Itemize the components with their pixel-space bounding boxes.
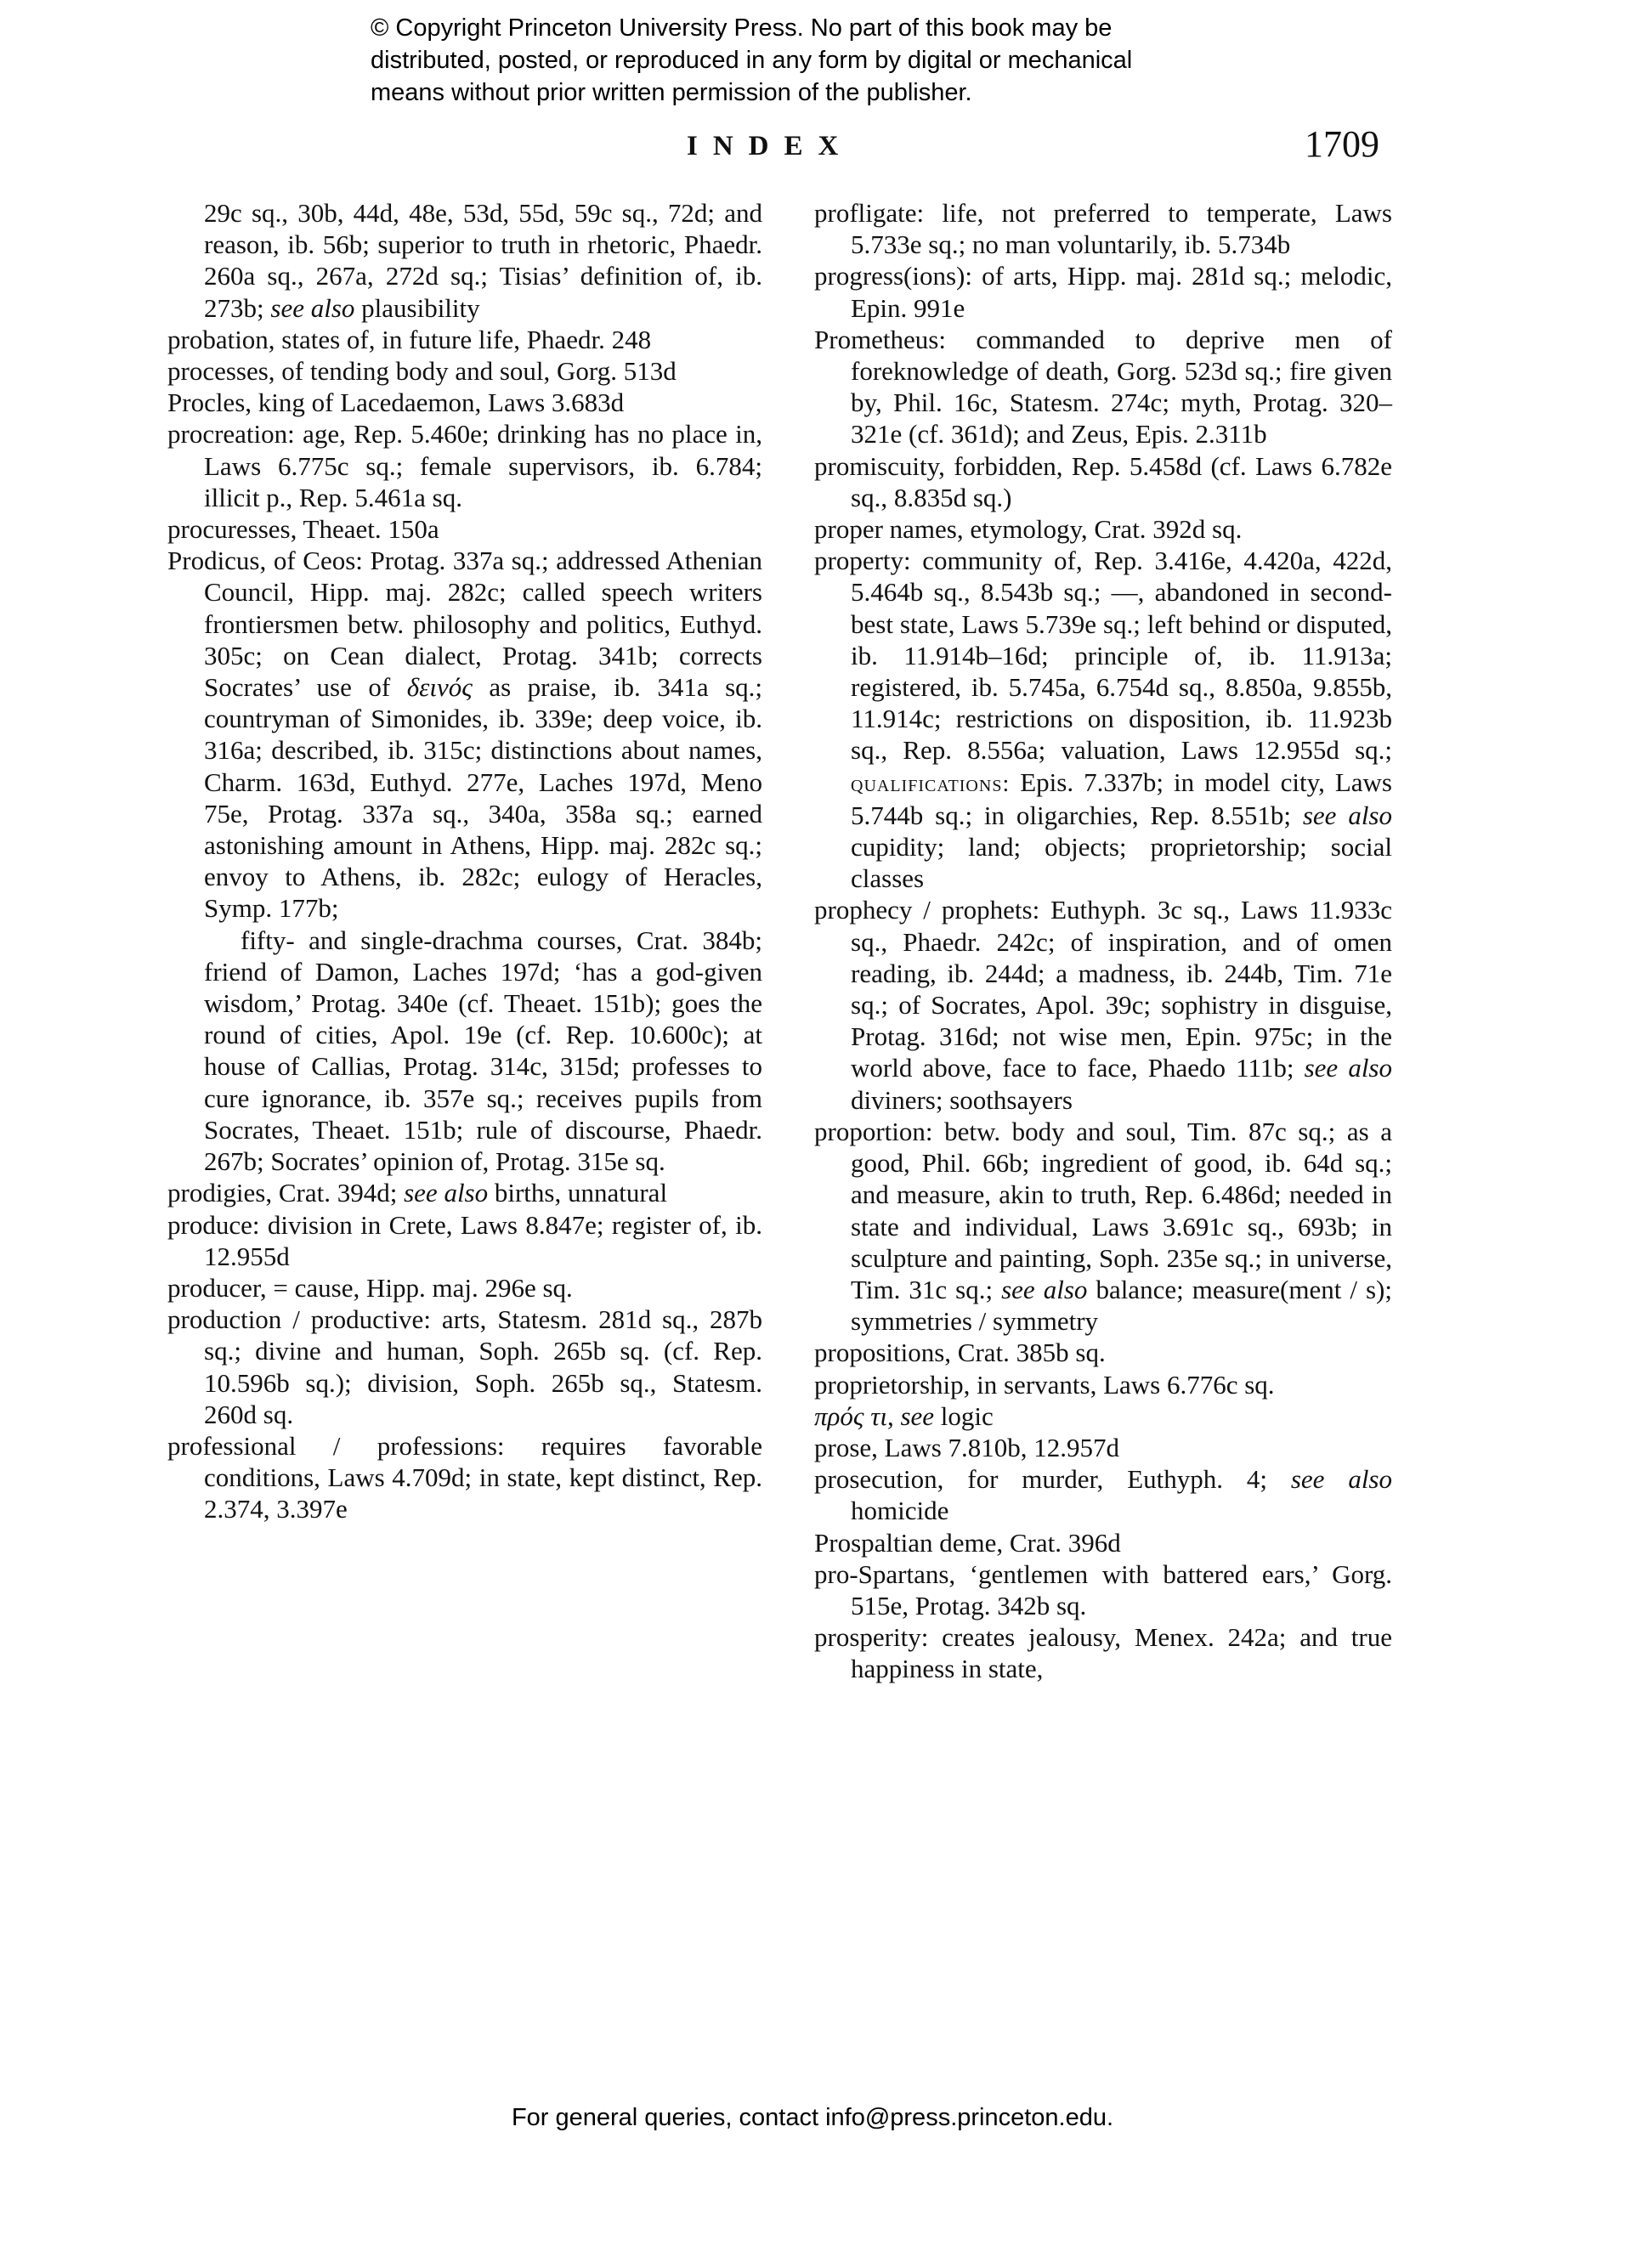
- greek-term: πρός τι: [814, 1401, 887, 1431]
- index-entry-subpara: fifty- and single-drachma courses, Crat.…: [167, 925, 762, 1178]
- index-entry: profligate: life, not preferred to tempe…: [814, 197, 1392, 260]
- greek-term: δεινός: [407, 672, 473, 702]
- entry-text: logic: [934, 1401, 994, 1431]
- cross-reference-label: see also: [1305, 1053, 1392, 1083]
- entry-text: ,: [887, 1401, 901, 1431]
- copyright-notice: © Copyright Princeton University Press. …: [371, 12, 1220, 109]
- index-column-right: profligate: life, not preferred to tempe…: [814, 197, 1392, 1685]
- index-entry: promiscuity, forbidden, Rep. 5.458d (cf.…: [814, 450, 1392, 513]
- index-entry: Prometheus: commanded to deprive men of …: [814, 324, 1392, 450]
- index-entry: prophecy / prophets: Euthyph. 3c sq., La…: [814, 894, 1392, 1115]
- index-entry: progress(ions): of arts, Hipp. maj. 281d…: [814, 260, 1392, 323]
- entry-text: probation, states of, in future life, Ph…: [167, 325, 651, 354]
- entry-text: proprietorship, in servants, Laws 6.776c…: [814, 1370, 1275, 1400]
- cross-reference-label: see: [900, 1401, 934, 1431]
- index-entry: proportion: betw. body and soul, Tim. 87…: [814, 1116, 1392, 1337]
- index-entry: Procles, king of Lacedaemon, Laws 3.683d: [167, 387, 762, 418]
- index-entry: probation, states of, in future life, Ph…: [167, 324, 762, 355]
- index-entry: producer, = cause, Hipp. maj. 296e sq.: [167, 1272, 762, 1304]
- entry-text: prodigies, Crat. 394d;: [167, 1178, 404, 1208]
- entry-text: Prometheus: commanded to deprive men of …: [814, 325, 1392, 450]
- entry-text: procuresses, Theaet. 150a: [167, 514, 439, 544]
- small-caps-subhead: qualifications:: [851, 771, 1010, 797]
- entry-text: pro-Spartans, ‘gentlemen with battered e…: [814, 1559, 1392, 1620]
- index-entry: prodigies, Crat. 394d; see also births, …: [167, 1177, 762, 1208]
- index-entry: prosecution, for murder, Euthyph. 4; see…: [814, 1463, 1392, 1526]
- index-entry: proprietorship, in servants, Laws 6.776c…: [814, 1369, 1392, 1400]
- page-number: 1709: [1305, 122, 1379, 166]
- index-entry-continuation: 29c sq., 30b, 44d, 48e, 53d, 55d, 59c sq…: [167, 197, 762, 324]
- entry-text: professional / professions: requires fav…: [167, 1431, 762, 1524]
- entry-text: processes, of tending body and soul, Gor…: [167, 356, 677, 386]
- entry-text: Procles, king of Lacedaemon, Laws 3.683d: [167, 387, 624, 417]
- index-entry: proper names, etymology, Crat. 392d sq.: [814, 513, 1392, 545]
- index-entry: πρός τι, see logic: [814, 1400, 1392, 1432]
- index-entry: processes, of tending body and soul, Gor…: [167, 355, 762, 387]
- index-entry: property: community of, Rep. 3.416e, 4.4…: [814, 545, 1392, 894]
- index-entry: propositions, Crat. 385b sq.: [814, 1337, 1392, 1368]
- entry-text: plausibility: [354, 293, 479, 323]
- index-entry: production / productive: arts, Statesm. …: [167, 1304, 762, 1430]
- footer-contact: For general queries, contact info@press.…: [0, 2104, 1625, 2132]
- entry-text: prosperity: creates jealousy, Menex. 242…: [814, 1622, 1392, 1683]
- index-entry: pro-Spartans, ‘gentlemen with battered e…: [814, 1558, 1392, 1621]
- index-entry: prosperity: creates jealousy, Menex. 242…: [814, 1621, 1392, 1684]
- entry-text: Prospaltian deme, Crat. 396d: [814, 1528, 1121, 1558]
- entry-text: produce: division in Crete, Laws 8.847e;…: [167, 1210, 762, 1271]
- index-entry: professional / professions: requires fav…: [167, 1430, 762, 1525]
- entry-text: procreation: age, Rep. 5.460e; drinking …: [167, 419, 762, 512]
- copyright-line: distributed, posted, or reproduced in an…: [371, 44, 1220, 76]
- copyright-line: © Copyright Princeton University Press. …: [371, 12, 1220, 44]
- entry-text: profligate: life, not preferred to tempe…: [814, 198, 1392, 259]
- entry-text: births, unnatural: [488, 1178, 667, 1208]
- index-entry: produce: division in Crete, Laws 8.847e;…: [167, 1209, 762, 1272]
- index-entry: prose, Laws 7.810b, 12.957d: [814, 1432, 1392, 1463]
- entry-text: diviners; soothsayers: [851, 1085, 1073, 1115]
- running-head: INDEX 1709: [0, 127, 1625, 178]
- entry-text: promiscuity, forbidden, Rep. 5.458d (cf.…: [814, 451, 1392, 512]
- entry-text: as praise, ib. 341a sq.; countryman of S…: [204, 672, 762, 923]
- index-entry: procreation: age, Rep. 5.460e; drinking …: [167, 418, 762, 513]
- entry-text: homicide: [851, 1496, 948, 1525]
- index-entry: Prodicus, of Ceos: Protag. 337a sq.; add…: [167, 545, 762, 924]
- cross-reference-label: see also: [404, 1178, 488, 1208]
- index-entry: Prospaltian deme, Crat. 396d: [814, 1527, 1392, 1558]
- entry-text: property: community of, Rep. 3.416e, 4.4…: [814, 546, 1392, 765]
- entry-text: progress(ions): of arts, Hipp. maj. 281d…: [814, 261, 1392, 322]
- copyright-line: means without prior written permission o…: [371, 76, 1220, 109]
- entry-text: producer, = cause, Hipp. maj. 296e sq.: [167, 1273, 573, 1303]
- entry-text: production / productive: arts, Statesm. …: [167, 1304, 762, 1429]
- cross-reference-label: see also: [1291, 1464, 1392, 1494]
- index-column-left: 29c sq., 30b, 44d, 48e, 53d, 55d, 59c sq…: [167, 197, 762, 1525]
- entry-text: cupidity; land; objects; proprietorship;…: [851, 832, 1392, 893]
- entry-text: proper names, etymology, Crat. 392d sq.: [814, 514, 1242, 544]
- cross-reference-label: see also: [270, 293, 354, 323]
- cross-reference-label: see also: [1001, 1275, 1087, 1304]
- index-entry: procuresses, Theaet. 150a: [167, 513, 762, 545]
- entry-text: prosecution, for murder, Euthyph. 4;: [814, 1464, 1291, 1494]
- cross-reference-label: see also: [1303, 800, 1392, 830]
- entry-text: prose, Laws 7.810b, 12.957d: [814, 1433, 1119, 1462]
- entry-text: propositions, Crat. 385b sq.: [814, 1338, 1106, 1367]
- page-title: INDEX: [687, 131, 853, 162]
- entry-text: fifty- and single-drachma courses, Crat.…: [204, 925, 762, 1176]
